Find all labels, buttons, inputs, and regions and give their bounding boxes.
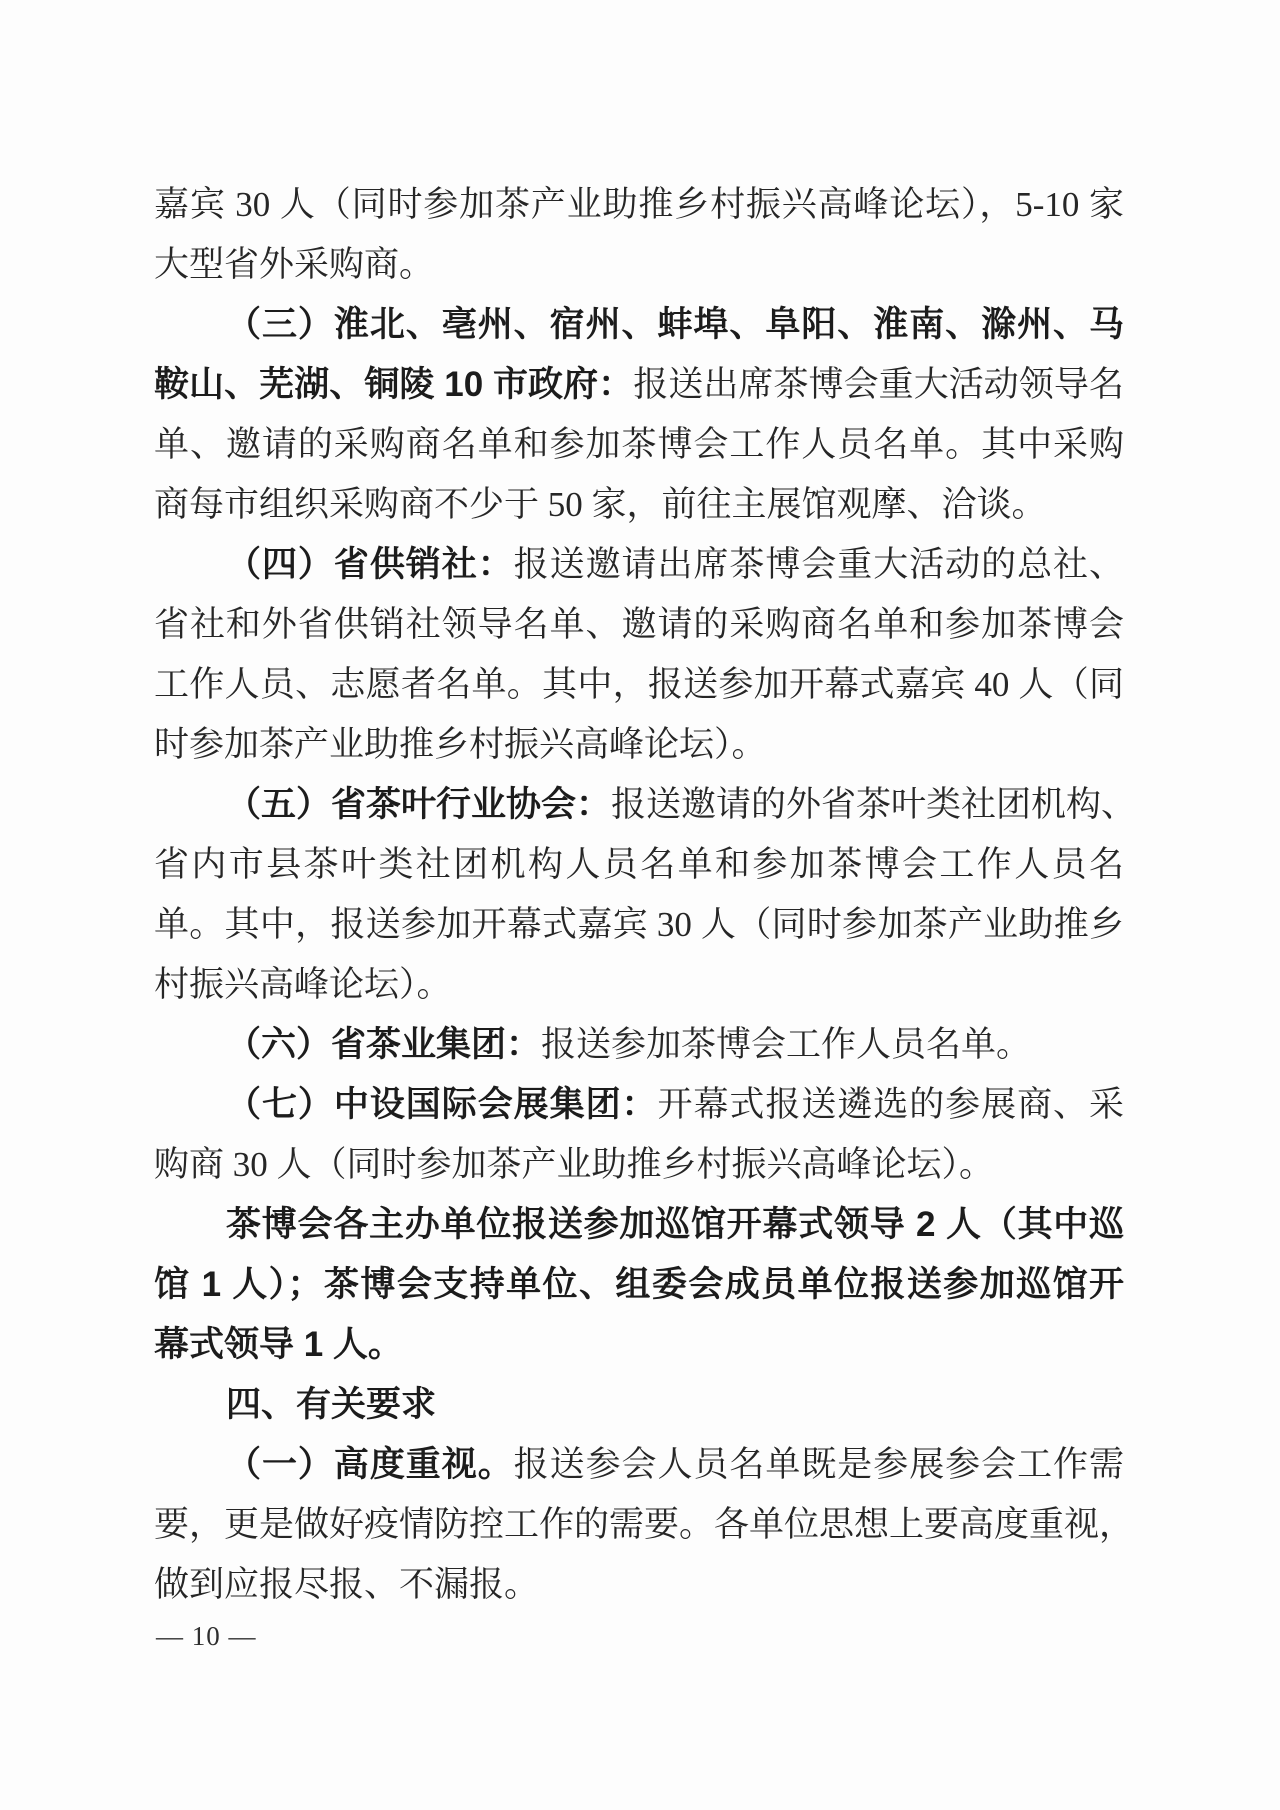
text-segment-bold: 幕式领导 1 人。	[154, 1325, 403, 1364]
text-segment-bold: 茶博会各主办单位报送参加巡馆开幕式领导 2 人（其中巡	[226, 1205, 1124, 1244]
text-segment-bold: 鞍山、芜湖、铜陵 10 市政府：	[154, 365, 633, 404]
text-line: 单、邀请的采购商名单和参加茶博会工作人员名单。其中采购	[154, 415, 1124, 475]
text-segment: 省社和外省供销社领导名单、邀请的采购商名单和参加茶博会	[154, 605, 1124, 644]
text-segment: 报送邀请出席茶博会重大活动的总社、	[514, 545, 1124, 584]
page-number: — 10 —	[156, 1616, 257, 1656]
text-line: （三）淮北、亳州、宿州、蚌埠、阜阳、淮南、滁州、马	[154, 295, 1124, 355]
text-segment-bold: 馆 1 人）；茶博会支持单位、组委会成员单位报送参加巡馆开	[154, 1265, 1124, 1304]
text-line: 单。其中，报送参加开幕式嘉宾 30 人（同时参加茶产业助推乡	[154, 895, 1124, 955]
text-line: 嘉宾 30 人（同时参加茶产业助推乡村振兴高峰论坛），5-10 家	[154, 175, 1124, 235]
text-segment: 村振兴高峰论坛）。	[154, 965, 452, 1004]
text-segment: 报送出席茶博会重大活动领导名	[633, 365, 1124, 404]
text-segment-bold: （一）高度重视。	[226, 1445, 514, 1484]
text-segment-bold: （三）淮北、亳州、宿州、蚌埠、阜阳、淮南、滁州、马	[226, 305, 1124, 344]
text-segment-bold: 四、有关要求	[226, 1385, 436, 1424]
text-line: 商每市组织采购商不少于 50 家，前往主展馆观摩、洽谈。	[154, 475, 1124, 535]
text-line: 省社和外省供销社领导名单、邀请的采购商名单和参加茶博会	[154, 595, 1124, 655]
text-line: （一）高度重视。报送参会人员名单既是参展参会工作需	[154, 1435, 1124, 1495]
text-segment: 商每市组织采购商不少于 50 家，前往主展馆观摩、洽谈。	[154, 485, 1047, 524]
text-segment: 报送参加茶博会工作人员名单。	[541, 1025, 1031, 1064]
document-page: 嘉宾 30 人（同时参加茶产业助推乡村振兴高峰论坛），5-10 家 大型省外采购…	[0, 0, 1280, 1810]
text-segment-bold: （五）省茶叶行业协会：	[226, 785, 611, 824]
text-line: （六）省茶业集团：报送参加茶博会工作人员名单。	[154, 1015, 1124, 1075]
text-segment: 单、邀请的采购商名单和参加茶博会工作人员名单。其中采购	[154, 425, 1124, 464]
text-line: 馆 1 人）；茶博会支持单位、组委会成员单位报送参加巡馆开	[154, 1255, 1124, 1315]
text-line: （四）省供销社：报送邀请出席茶博会重大活动的总社、	[154, 535, 1124, 595]
text-line: 鞍山、芜湖、铜陵 10 市政府：报送出席茶博会重大活动领导名	[154, 355, 1124, 415]
text-segment: 工作人员、志愿者名单。其中，报送参加开幕式嘉宾 40 人（同	[154, 665, 1124, 704]
document-body: 嘉宾 30 人（同时参加茶产业助推乡村振兴高峰论坛），5-10 家 大型省外采购…	[154, 175, 1124, 1615]
text-segment: 报送邀请的外省茶叶类社团机构、	[611, 785, 1124, 824]
section-heading: 四、有关要求	[154, 1375, 1124, 1435]
text-segment: 报送参会人员名单既是参展参会工作需	[514, 1445, 1124, 1484]
text-line: 做到应报尽报、不漏报。	[154, 1555, 1124, 1615]
text-segment-bold: （七）中设国际会展集团：	[226, 1085, 658, 1124]
text-segment-bold: （六）省茶业集团：	[226, 1025, 541, 1064]
text-segment: 要，更是做好疫情防控工作的需要。各单位思想上要高度重视，	[154, 1505, 1124, 1544]
text-line: 时参加茶产业助推乡村振兴高峰论坛）。	[154, 715, 1124, 775]
text-segment: 做到应报尽报、不漏报。	[154, 1565, 539, 1604]
text-segment: 大型省外采购商。	[154, 245, 434, 284]
text-segment-bold: （四）省供销社：	[226, 545, 514, 584]
text-line: 省内市县茶叶类社团机构人员名单和参加茶博会工作人员名	[154, 835, 1124, 895]
text-segment: 时参加茶产业助推乡村振兴高峰论坛）。	[154, 725, 767, 764]
text-line: 要，更是做好疫情防控工作的需要。各单位思想上要高度重视，	[154, 1495, 1124, 1555]
text-segment: 嘉宾 30 人（同时参加茶产业助推乡村振兴高峰论坛），5-10 家	[154, 185, 1124, 224]
text-segment: 开幕式报送遴选的参展商、采	[658, 1085, 1125, 1124]
text-line: 幕式领导 1 人。	[154, 1315, 1124, 1375]
text-line: （五）省茶叶行业协会：报送邀请的外省茶叶类社团机构、	[154, 775, 1124, 835]
text-line: （七）中设国际会展集团：开幕式报送遴选的参展商、采	[154, 1075, 1124, 1135]
text-line: 购商 30 人（同时参加茶产业助推乡村振兴高峰论坛）。	[154, 1135, 1124, 1195]
text-line: 大型省外采购商。	[154, 235, 1124, 295]
text-line: 村振兴高峰论坛）。	[154, 955, 1124, 1015]
text-segment: 购商 30 人（同时参加茶产业助推乡村振兴高峰论坛）。	[154, 1145, 994, 1184]
text-segment: 单。其中，报送参加开幕式嘉宾 30 人（同时参加茶产业助推乡	[154, 905, 1124, 944]
text-line: 茶博会各主办单位报送参加巡馆开幕式领导 2 人（其中巡	[154, 1195, 1124, 1255]
text-segment: 省内市县茶叶类社团机构人员名单和参加茶博会工作人员名	[154, 845, 1124, 884]
text-line: 工作人员、志愿者名单。其中，报送参加开幕式嘉宾 40 人（同	[154, 655, 1124, 715]
